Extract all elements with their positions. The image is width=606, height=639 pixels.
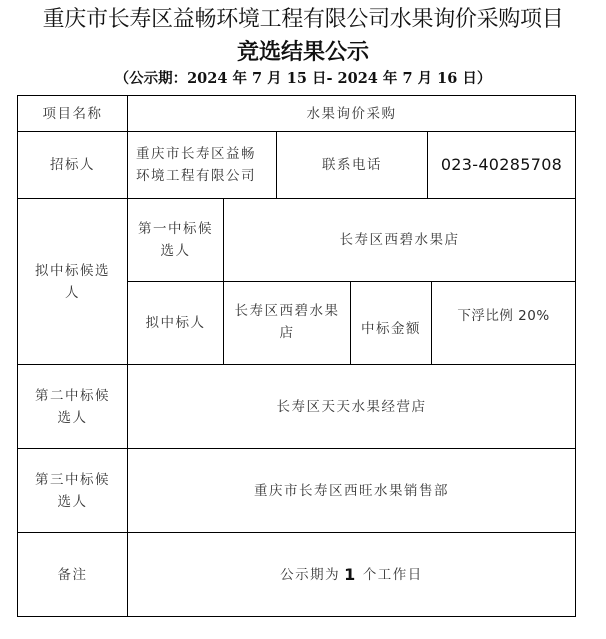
contact-phone-value: 023-40285708 [427, 131, 576, 199]
tenderer-value: 重庆市长寿区益畅环境工程有限公司 [127, 131, 277, 199]
publicity-period: （公示期：2024 年 7 月 15 日- 2024 年 7 月 16 日） [0, 68, 606, 90]
proposed-candidates-label: 拟中标候选人 [17, 198, 128, 365]
third-candidate-value: 重庆市长寿区西旺水果销售部 [127, 448, 576, 533]
first-candidate-value: 长寿区西碧水果店 [223, 198, 576, 282]
second-candidate-value: 长寿区天天水果经营店 [127, 364, 576, 449]
announcement-title-line2: 竞选结果公示 [0, 36, 606, 68]
contact-phone-label: 联系电话 [276, 131, 428, 199]
bid-amount-value: 下浮比例 20% [431, 281, 576, 365]
announcement-title-line1: 重庆市长寿区益畅环境工程有限公司水果询价采购项目 [0, 3, 606, 37]
remarks-number: 1 [344, 564, 357, 586]
tenderer-label: 招标人 [17, 131, 128, 199]
remarks-value: 公示期为 1 个工作日 [127, 532, 576, 617]
remarks-prefix: 公示期为 [280, 564, 340, 586]
remarks-label: 备注 [17, 532, 128, 617]
third-candidate-label: 第三中标候选人 [17, 448, 128, 533]
proposed-winner-label: 拟中标人 [127, 281, 224, 365]
project-name-value: 水果询价采购 [127, 95, 576, 132]
remarks-suffix: 个工作日 [363, 564, 423, 586]
project-name-label: 项目名称 [17, 95, 128, 132]
bid-amount-label: 中标金额 [350, 281, 432, 365]
second-candidate-label: 第二中标候选人 [17, 364, 128, 449]
proposed-winner-value: 长寿区西碧水果店 [223, 281, 351, 365]
first-candidate-label: 第一中标候选人 [127, 198, 224, 282]
